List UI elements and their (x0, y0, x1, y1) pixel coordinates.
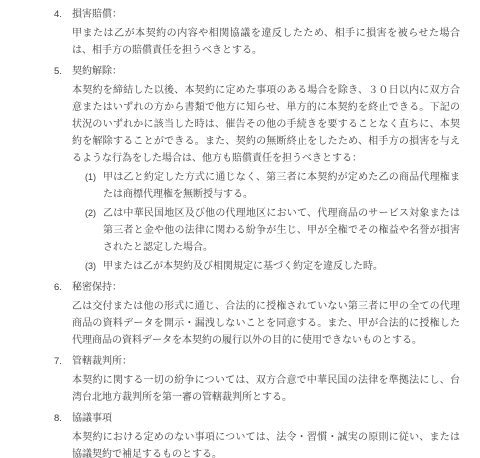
subclause-3: (3) 甲または乙が本契約及び相関規定に基づく約定を違反した時。 (85, 258, 460, 275)
clause-body: 乙は交付または他の形式に通じ、合法的に授権されていない第三者に甲の全ての代理商品… (72, 298, 460, 349)
subclause-1: (1) 甲は乙と約定した方式に通じなく、第三者に本契約が定めた乙の商品代理権また… (85, 169, 460, 203)
clause-title: 秘密保持： (72, 279, 122, 296)
clause-termination-header: 5. 契約解除： (54, 63, 460, 80)
clause-consultation-header: 8. 協議事項 (54, 410, 460, 427)
clause-body: 本契約に関する一切の紛争については、双方合意で中華民国の法律を準拠法にし、台湾台… (72, 372, 460, 406)
clause-body: 甲または乙が本契約の内容や相関協議を違反したため、相手に損害を被らせた場合は、相… (72, 25, 460, 59)
clause-confidentiality: 6. 秘密保持： 乙は交付または他の形式に通じ、合法的に授権されていない第三者に… (54, 279, 460, 349)
clause-damages: 4. 損害賠償： 甲または乙が本契約の内容や相関協議を違反したため、相手に損害を… (54, 6, 460, 59)
subclause-text: 甲は乙と約定した方式に通じなく、第三者に本契約が定めた乙の商品代理権または商標代… (103, 169, 460, 203)
subclause-number: (1) (85, 169, 103, 203)
clause-confidentiality-header: 6. 秘密保持： (54, 279, 460, 296)
clause-jurisdiction: 7. 管轄裁判所： 本契約に関する一切の紛争については、双方合意で中華民国の法律… (54, 353, 460, 406)
clause-damages-header: 4. 損害賠償： (54, 6, 460, 23)
clause-number: 8. (54, 410, 72, 427)
clause-termination: 5. 契約解除： 本契約を締結した以後、本契約に定めた事項のある場合を除き、３０… (54, 63, 460, 275)
subclause-2: (2) 乙は中華民国地区及び他の代理地区において、代理商品のサービス対象または第… (85, 205, 460, 256)
clause-title: 協議事項 (72, 410, 112, 427)
clause-title: 契約解除： (72, 63, 122, 80)
clause-consultation: 8. 協議事項 本契約における定めのない事項については、法令・習慣・誠実の原則に… (54, 410, 460, 458)
clause-number: 7. (54, 353, 72, 370)
contract-document-page: 4. 損害賠償： 甲または乙が本契約の内容や相関協議を違反したため、相手に損害を… (0, 0, 480, 458)
clause-body: 本契約を締結した以後、本契約に定めた事項のある場合を除き、３０日以内に双方合意ま… (72, 82, 460, 167)
clause-title: 損害賠償： (72, 6, 122, 23)
clause-number: 5. (54, 63, 72, 80)
clause-number: 4. (54, 6, 72, 23)
clause-number: 6. (54, 279, 72, 296)
clause-body: 本契約における定めのない事項については、法令・習慣・誠実の原則に従い、または協議… (72, 429, 460, 458)
clause-title: 管轄裁判所： (72, 353, 132, 370)
subclause-number: (2) (85, 205, 103, 256)
subclause-text: 甲または乙が本契約及び相関規定に基づく約定を違反した時。 (103, 258, 460, 275)
subclause-text: 乙は中華民国地区及び他の代理地区において、代理商品のサービス対象または第三者と金… (103, 205, 460, 256)
clause-jurisdiction-header: 7. 管轄裁判所： (54, 353, 460, 370)
subclause-number: (3) (85, 258, 103, 275)
